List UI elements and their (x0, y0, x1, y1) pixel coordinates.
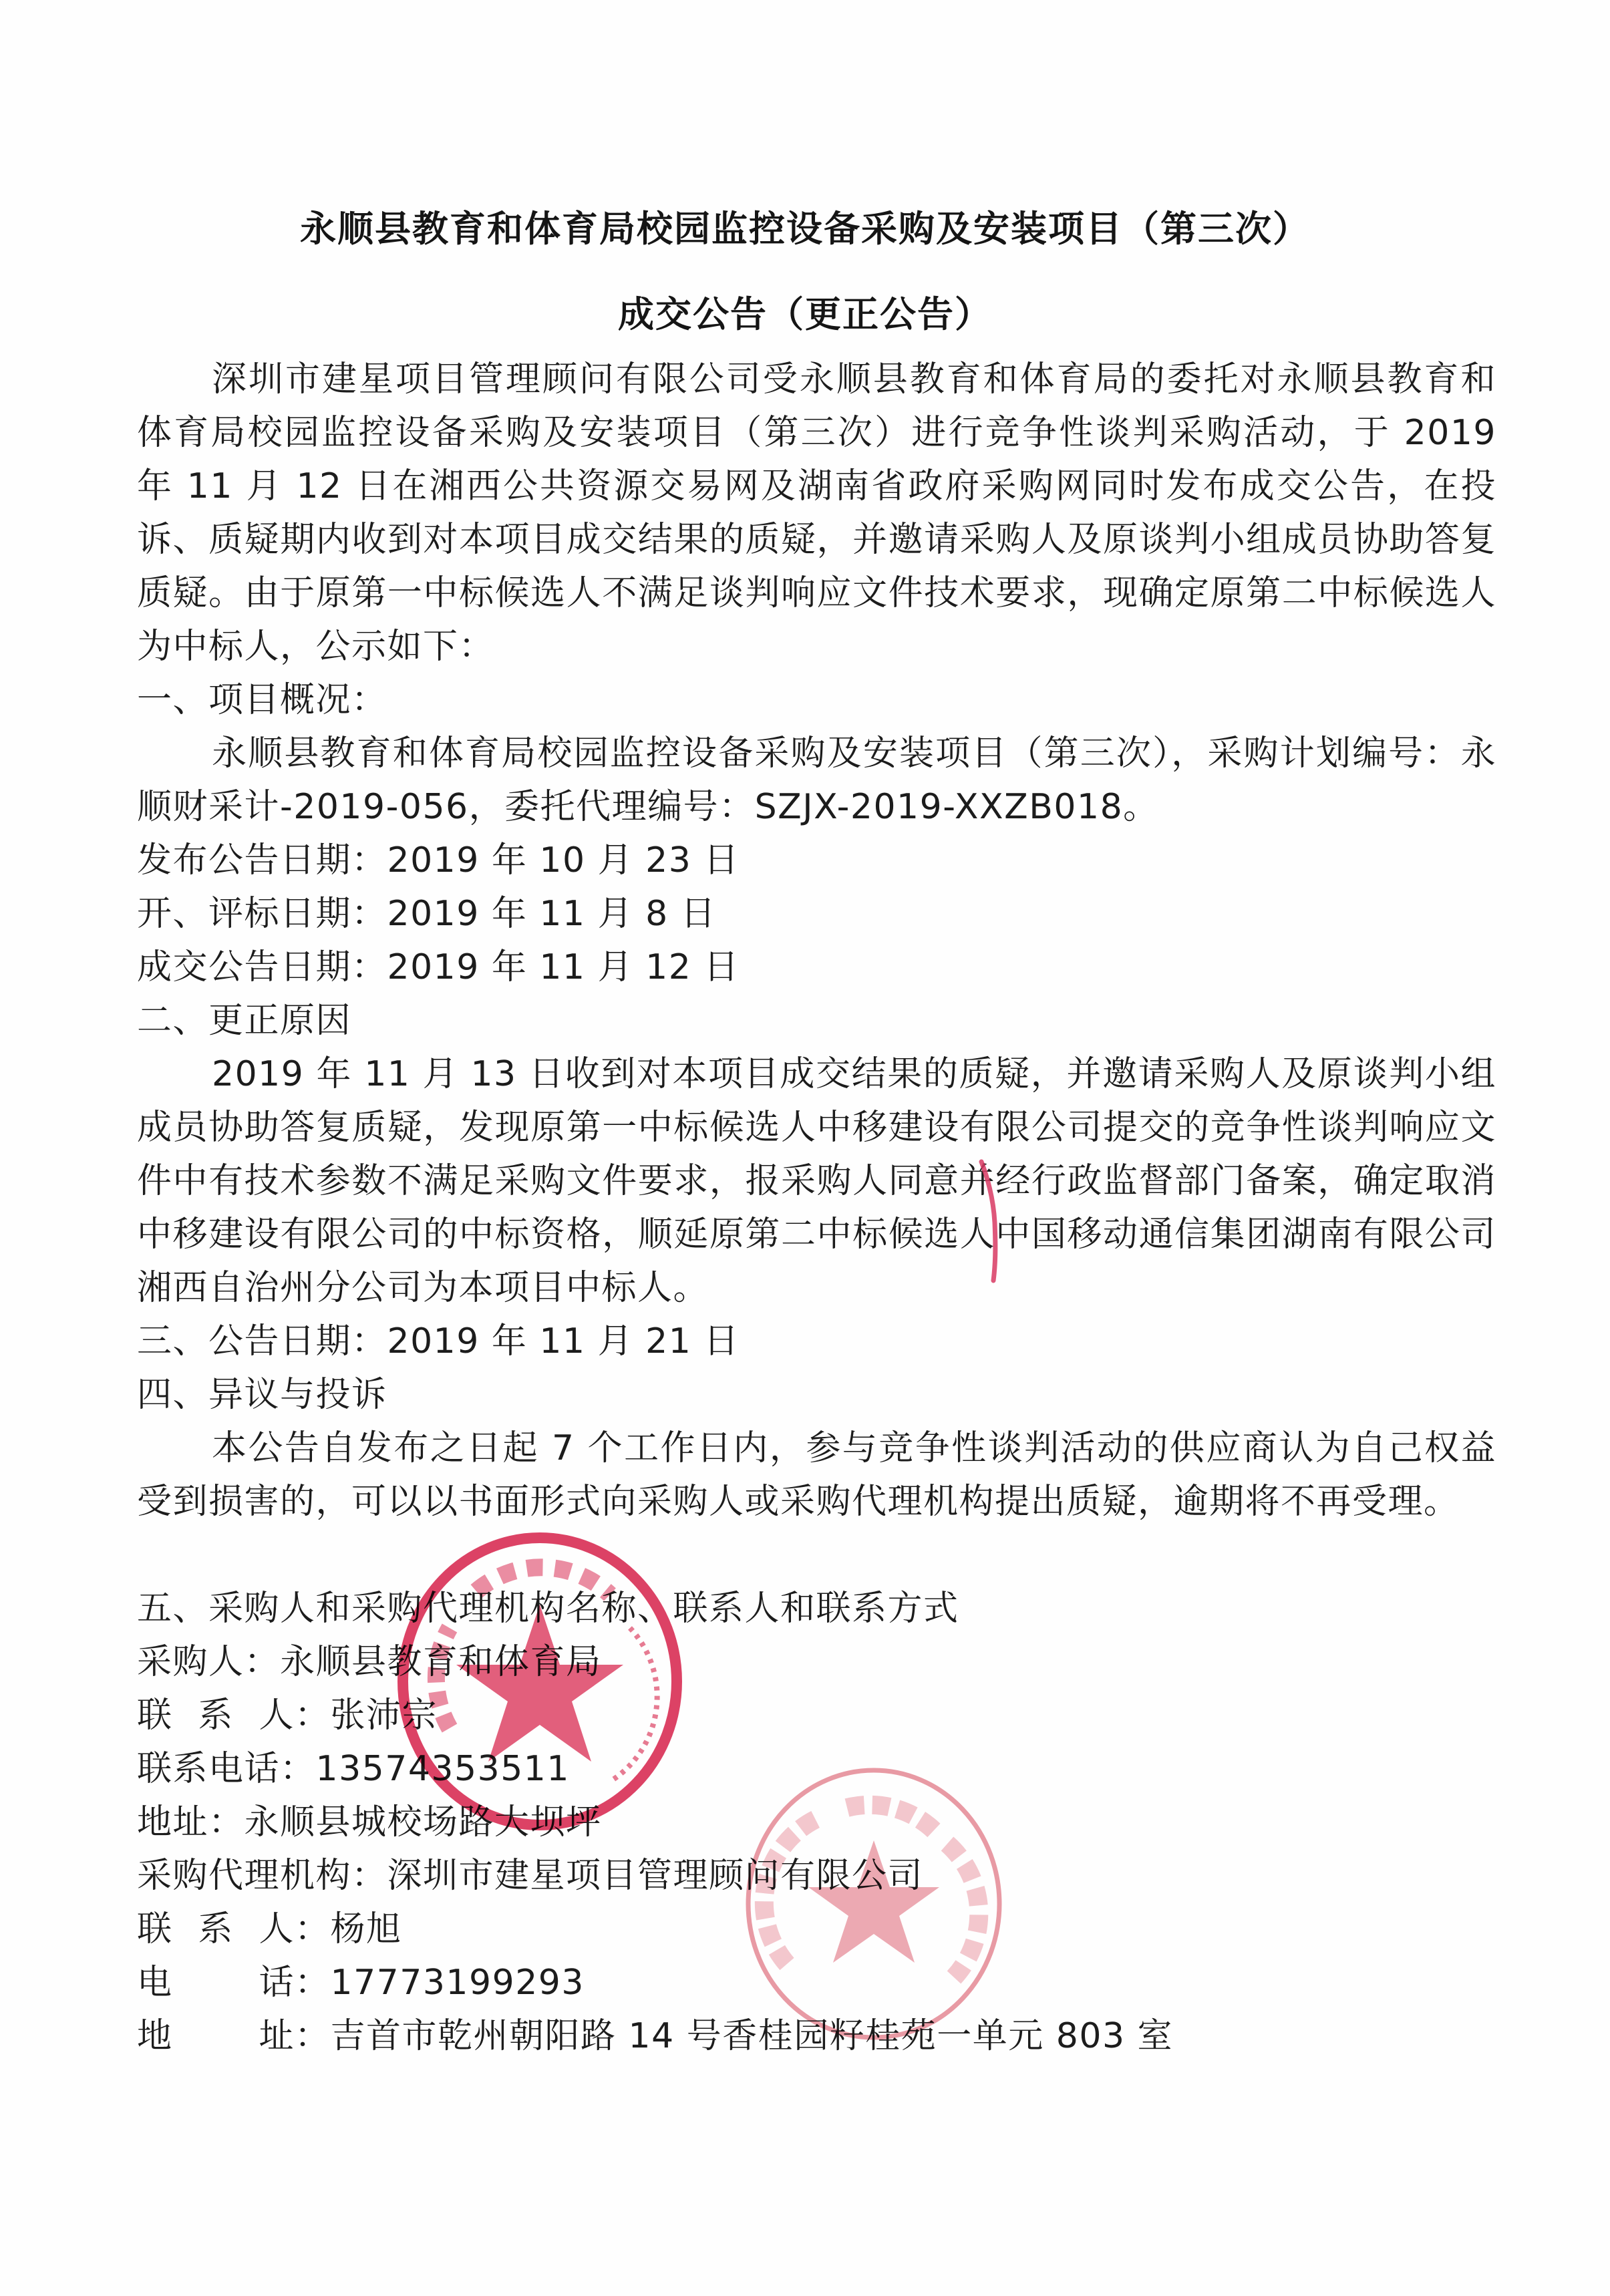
document-body: 深圳市建星项目管理顾问有限公司受永顺县教育和体育局的委托对永顺县教育和体育局校园… (137, 353, 1496, 2063)
colon: ： (295, 1963, 331, 2003)
purchaser-contact-label: 联系人 (137, 1689, 295, 1742)
section-1-paragraph: 永顺县教育和体育局校园监控设备采购及安装项目（第三次），采购计划编号：永顺财采计… (137, 727, 1496, 834)
section-2-heading: 二、更正原因 (137, 994, 1496, 1047)
purchaser-row: 采购人：永顺县教育和体育局 (137, 1635, 1496, 1689)
agency-address-value: 吉首市乾州朝阳路 14 号香桂园籽桂苑一单元 803 室 (331, 2016, 1174, 2056)
agency-row: 采购代理机构：深圳市建星项目管理顾问有限公司 (137, 1849, 1496, 1903)
announcement-date-value: 2019 年 11 月 21 日 (387, 1321, 740, 1361)
section-1-heading: 一、项目概况： (137, 673, 1496, 727)
purchaser-phone-row: 联系电话：13574353511 (137, 1742, 1496, 1796)
purchaser-value: 永顺县教育和体育局 (280, 1642, 602, 1682)
purchaser-label: 采购人： (137, 1642, 280, 1682)
document-title-line-2: 成交公告（更正公告） (0, 286, 1610, 337)
award-announcement-date-label: 成交公告日期： (137, 947, 387, 987)
purchaser-contact-value: 张沛宗 (331, 1695, 438, 1736)
agency-label: 采购代理机构： (137, 1856, 387, 1896)
agency-phone-label: 电话 (137, 1956, 295, 2009)
colon: ： (295, 1909, 331, 1949)
agency-address-label: 地址 (137, 2009, 295, 2063)
purchaser-contact-row: 联系人：张沛宗 (137, 1689, 1496, 1742)
section-5-heading: 五、采购人和采购代理机构名称、联系人和联系方式 (137, 1582, 1496, 1635)
section-2-paragraph: 2019 年 11 月 13 日收到对本项目成交结果的质疑，并邀请采购人及原谈判… (137, 1047, 1496, 1315)
colon: ： (295, 2016, 331, 2056)
purchaser-phone-label: 联系电话： (137, 1749, 316, 1789)
agency-contact-row: 联系人：杨旭 (137, 1903, 1496, 1956)
award-announcement-date-value: 2019 年 11 月 12 日 (387, 947, 740, 987)
bid-opening-date-value: 2019 年 11 月 8 日 (387, 894, 717, 934)
purchaser-address-value: 永顺县城校场路大坝坪 (245, 1802, 602, 1842)
section-3-row: 三、公告日期：2019 年 11 月 21 日 (137, 1315, 1496, 1368)
award-announcement-date-row: 成交公告日期：2019 年 11 月 12 日 (137, 941, 1496, 994)
bid-opening-date-row: 开、评标日期：2019 年 11 月 8 日 (137, 887, 1496, 941)
agency-contact-value: 杨旭 (331, 1909, 402, 1949)
agency-contact-label: 联系人 (137, 1903, 295, 1956)
section-4-heading: 四、异议与投诉 (137, 1368, 1496, 1422)
publish-date-value: 2019 年 10 月 23 日 (387, 840, 740, 880)
purchaser-address-row: 地址：永顺县城校场路大坝坪 (137, 1796, 1496, 1849)
agency-value: 深圳市建星项目管理顾问有限公司 (387, 1856, 924, 1896)
scanned-document-page: 永顺县教育和体育局校园监控设备采购及安装项目（第三次） 成交公告（更正公告） 深… (0, 0, 1610, 2296)
agency-phone-value: 17773199293 (331, 1963, 585, 2003)
agency-address-row: 地址：吉首市乾州朝阳路 14 号香桂园籽桂苑一单元 803 室 (137, 2009, 1496, 2063)
publish-date-row: 发布公告日期：2019 年 10 月 23 日 (137, 834, 1496, 887)
section-4-paragraph: 本公告自发布之日起 7 个工作日内，参与竞争性谈判活动的供应商认为自己权益受到损… (137, 1422, 1496, 1582)
agency-phone-row: 电话：17773199293 (137, 1956, 1496, 2009)
purchaser-address-label: 地址： (137, 1802, 245, 1842)
bid-opening-date-label: 开、评标日期： (137, 894, 387, 934)
purchaser-phone-value: 13574353511 (316, 1749, 570, 1789)
publish-date-label: 发布公告日期： (137, 840, 387, 880)
section-3-heading: 三、公告日期： (137, 1321, 387, 1361)
intro-paragraph: 深圳市建星项目管理顾问有限公司受永顺县教育和体育局的委托对永顺县教育和体育局校园… (137, 353, 1496, 673)
colon: ： (295, 1695, 331, 1736)
document-title-line-1: 永顺县教育和体育局校园监控设备采购及安装项目（第三次） (0, 200, 1610, 252)
